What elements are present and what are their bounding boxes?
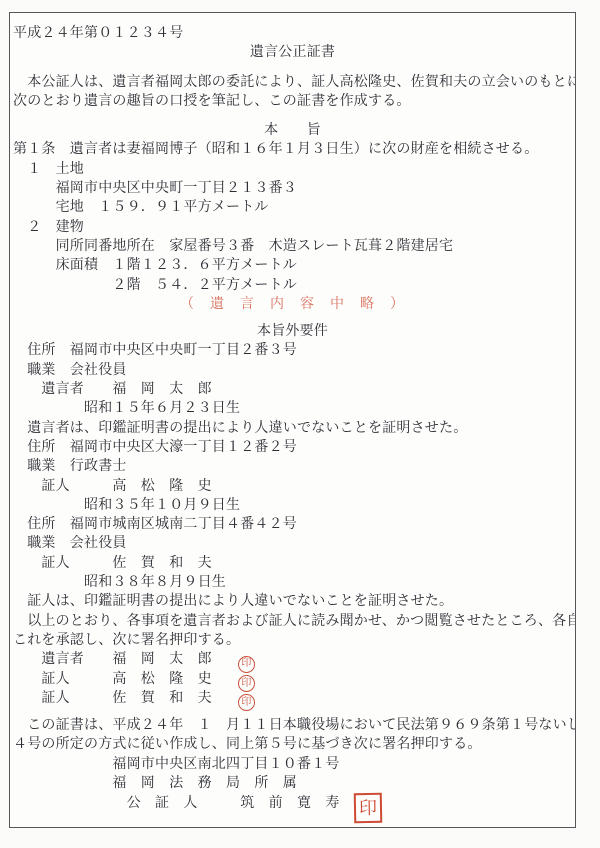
closing-statement-text: 以上のとおり、各事項を遺言者および証人に読み聞かせ、かつ閲覧させたところ、各自: [13, 614, 576, 629]
land-area: 宅地 １５９．９１平方メートル: [13, 198, 572, 217]
witness1-address-text: 住所 福岡市中央区大濠一丁目１２番２号: [13, 440, 297, 455]
witness2-occupation: 職業 会社役員: [13, 534, 572, 553]
floor-area-2f: ２階 ５４．２平方メートル: [13, 276, 572, 295]
signature-testator: 遺言者 福 岡 太 郎印: [13, 650, 572, 669]
land-area-text: 宅地 １５９．９１平方メートル: [13, 200, 269, 215]
signature-testator-text: 遺言者 福 岡 太 郎: [13, 652, 212, 667]
preamble-line: 本公証人は、遺言者福岡太郎の委託により、証人高松隆史、佐賀和夫の立会いのもとに、: [13, 73, 572, 92]
witness1-address: 住所 福岡市中央区大濠一丁目１２番２号: [13, 438, 572, 457]
signature-witness2-text: 証人 佐 賀 和 夫: [13, 691, 212, 706]
land-address-text: 福岡市中央区中央町一丁目２１３番３: [13, 181, 297, 196]
blank-line: [13, 63, 572, 73]
building-description: 同所同番地所在 家屋番号３番 木造スレート瓦葺２階建居宅: [13, 237, 572, 256]
blank-line: [13, 111, 572, 121]
case-number-text: 平成２４年第０１２３４号: [13, 26, 183, 41]
section-heading-honshi: 本 旨: [13, 121, 572, 140]
witness1-occupation-text: 職業 行政書士: [13, 459, 127, 474]
notary-signature-text: 公 証 人 筑 前 寛 寿: [13, 796, 340, 811]
article-1: 第１条 遺言者は妻福岡博子（昭和１６年１月３日生）に次の財産を相続させる。: [13, 140, 572, 159]
testator-birthdate-text: 昭和１５年６月２３日生: [13, 401, 240, 416]
notary-affiliation: 福 岡 法 務 局 所 属: [13, 774, 572, 793]
testator-identity-statement: 遺言者は、印鑑証明書の提出により人違いでないことを証明させた。: [13, 419, 572, 438]
item-1-land-text: １ 土地: [13, 162, 84, 177]
witness1-occupation: 職業 行政書士: [13, 457, 572, 476]
blank-line: [13, 314, 572, 322]
article-1-text: 第１条 遺言者は妻福岡博子（昭和１６年１月３日生）に次の財産を相続させる。: [13, 142, 538, 157]
testator-occupation: 職業 会社役員: [13, 361, 572, 380]
abridgment-notice: （ 遺 言 内 容 中 略 ）: [13, 295, 572, 314]
floor-area-1f-text: 床面積 １階１２３．６平方メートル: [13, 258, 297, 273]
preamble-line: 次のとおり遺言の趣旨の口授を筆記し、この証書を作成する。: [13, 92, 572, 111]
building-description-text: 同所同番地所在 家屋番号３番 木造スレート瓦葺２階建居宅: [13, 239, 453, 254]
document-sheet: 平成２４年第０１２３４号遺言公正証書 本公証人は、遺言者福岡太郎の委託により、証…: [9, 12, 576, 828]
floor-area-2f-text: ２階 ５４．２平方メートル: [13, 278, 297, 293]
witness1-name: 証人 高 松 隆 史: [13, 477, 572, 496]
item-1-land: １ 土地: [13, 160, 572, 179]
testator-birthdate: 昭和１５年６月２３日生: [13, 399, 572, 418]
testator-identity-statement-text: 遺言者は、印鑑証明書の提出により人違いでないことを証明させた。: [13, 421, 467, 436]
witness2-occupation-text: 職業 会社役員: [13, 536, 127, 551]
signature-witness1: 証人 高 松 隆 史印: [13, 670, 572, 689]
testator-name: 遺言者 福 岡 太 郎: [13, 380, 572, 399]
document-title: 遺言公正証書: [13, 43, 572, 62]
notary-affiliation-text: 福 岡 法 務 局 所 属: [13, 776, 297, 791]
signature-witness1-text: 証人 高 松 隆 史: [13, 672, 212, 687]
notary-office-address-text: 福岡市中央区南北四丁目１０番１号: [13, 757, 340, 772]
section-heading-honshigai-text: 本旨外要件: [257, 324, 328, 339]
case-number: 平成２４年第０１２３４号: [13, 24, 572, 43]
witness1-birthdate: 昭和３５年１０月９日生: [13, 496, 572, 515]
testator-occupation-text: 職業 会社役員: [13, 363, 127, 378]
closing-statement: 以上のとおり、各事項を遺言者および証人に読み聞かせ、かつ閲覧させたところ、各自: [13, 612, 572, 631]
testator-address-text: 住所 福岡市中央区中央町一丁目２番３号: [13, 343, 297, 358]
notary-signature: 公 証 人 筑 前 寛 寿印: [13, 793, 572, 812]
abridgment-notice-text: （ 遺 言 内 容 中 略 ）: [180, 297, 405, 312]
section-heading-honshigai: 本旨外要件: [13, 322, 572, 341]
red-square-seal-icon: 印: [353, 793, 382, 823]
land-address: 福岡市中央区中央町一丁目２１３番３: [13, 179, 572, 198]
witness2-address: 住所 福岡市城南区城南二丁目４番４２号: [13, 515, 572, 534]
blank-line: [13, 708, 572, 716]
section-heading-honshi-text: 本 旨: [264, 123, 321, 138]
attestation-line-text: この証書は、平成２４年 １ 月１１日本職役場において民法第９６９条第１号ないし第: [13, 718, 576, 733]
witness2-birthdate: 昭和３８年８月９日生: [13, 573, 572, 592]
item-2-building-text: ２ 建物: [13, 220, 84, 235]
closing-statement-text: これを承認し、次に署名押印する。: [13, 633, 240, 648]
witness1-birthdate-text: 昭和３５年１０月９日生: [13, 498, 240, 513]
witness2-birthdate-text: 昭和３８年８月９日生: [13, 575, 226, 590]
witness1-name-text: 証人 高 松 隆 史: [13, 479, 212, 494]
witness-identity-statement-text: 証人は、印鑑証明書の提出により人違いでないことを証明させた。: [13, 594, 453, 609]
witness-identity-statement: 証人は、印鑑証明書の提出により人違いでないことを証明させた。: [13, 592, 572, 611]
attestation-line: ４号の所定の方式に従い作成し、同上第５号に基づき次に署名押印する。: [13, 735, 572, 754]
document-title-text: 遺言公正証書: [250, 45, 335, 60]
testator-name-text: 遺言者 福 岡 太 郎: [13, 382, 212, 397]
witness2-name: 証人 佐 賀 和 夫: [13, 554, 572, 573]
testator-address: 住所 福岡市中央区中央町一丁目２番３号: [13, 341, 572, 360]
item-2-building: ２ 建物: [13, 218, 572, 237]
witness2-name-text: 証人 佐 賀 和 夫: [13, 556, 212, 571]
closing-statement: これを承認し、次に署名押印する。: [13, 631, 572, 650]
floor-area-1f: 床面積 １階１２３．６平方メートル: [13, 256, 572, 275]
preamble-line-text: 本公証人は、遺言者福岡太郎の委託により、証人高松隆史、佐賀和夫の立会いのもとに、: [13, 75, 576, 90]
attestation-line-text: ４号の所定の方式に従い作成し、同上第５号に基づき次に署名押印する。: [13, 737, 482, 752]
notary-office-address: 福岡市中央区南北四丁目１０番１号: [13, 755, 572, 774]
signature-witness2: 証人 佐 賀 和 夫印: [13, 689, 572, 708]
attestation-line: この証書は、平成２４年 １ 月１１日本職役場において民法第９６９条第１号ないし第: [13, 716, 572, 735]
witness2-address-text: 住所 福岡市城南区城南二丁目４番４２号: [13, 517, 297, 532]
preamble-line-text: 次のとおり遺言の趣旨の口授を筆記し、この証書を作成する。: [13, 94, 411, 109]
red-circle-seal-icon: 印: [238, 694, 255, 711]
